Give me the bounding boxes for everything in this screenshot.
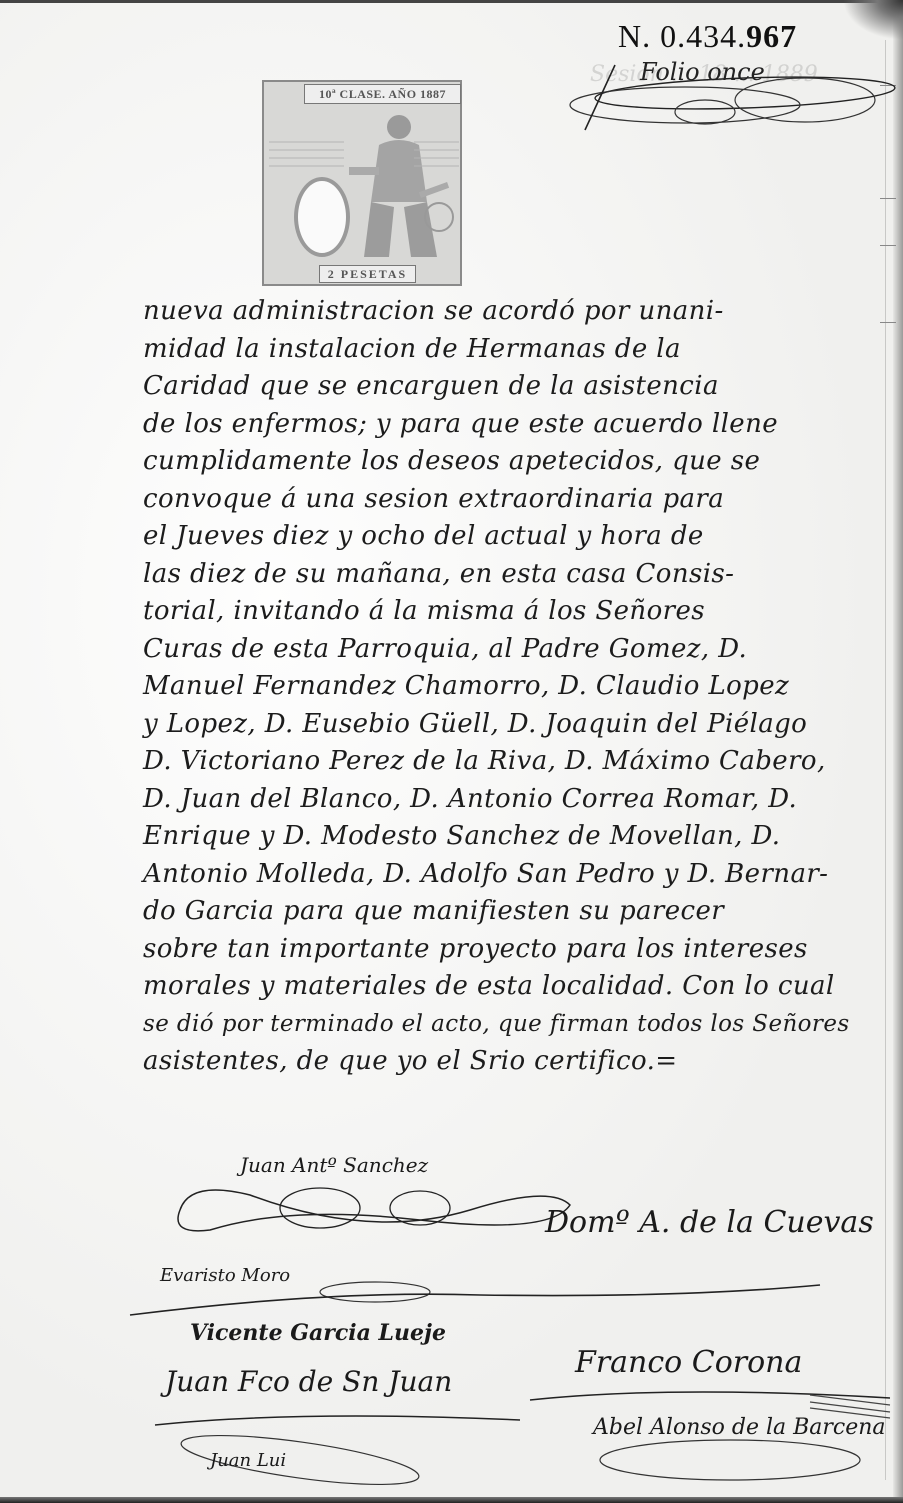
stamp-value-label: 2 PESETAS — [319, 265, 416, 283]
page-bottom-edge — [0, 1497, 903, 1503]
body-line: el Jueves diez y ocho del actual y hora … — [143, 518, 878, 556]
revenue-stamp: 10ª CLASE. AÑO 1887 2 PESETAS — [262, 80, 462, 286]
body-line: D. Victoriano Perez de la Riva, D. Máxim… — [143, 743, 878, 781]
body-line: se dió por terminado el acto, que firman… — [143, 1006, 878, 1044]
body-line: nueva administracion se acordó por unani… — [143, 293, 878, 331]
body-line: morales y materiales de esta localidad. … — [143, 968, 878, 1006]
page-top-edge — [0, 0, 903, 3]
document-page: Sesión ... 18 ... 1889 N. 0.434.967 Foli… — [0, 0, 903, 1503]
body-line: Manuel Fernandez Chamorro, D. Claudio Lo… — [143, 668, 878, 706]
serial-number: N. 0.434.967 — [618, 18, 797, 55]
margin-mark — [880, 245, 896, 246]
signature-domingo-cuevas: Domº A. de la Cuevas — [545, 1205, 874, 1240]
body-line: convoque á una sesion extraordinaria par… — [143, 481, 878, 519]
body-line: y Lopez, D. Eusebio Güell, D. Joaquin de… — [143, 706, 878, 744]
signature-flourish-icon — [150, 1400, 530, 1490]
serial-prefix: N. 0.434. — [618, 18, 746, 54]
body-line: Antonio Molleda, D. Adolfo San Pedro y D… — [143, 856, 878, 894]
page-fold-line — [885, 40, 886, 1480]
signature-franco-corona: Franco Corona — [575, 1345, 802, 1380]
body-line: torial, invitando á la misma á los Señor… — [143, 593, 878, 631]
page-right-edge — [893, 0, 903, 1503]
signature-juan-fco: Juan Fco de Sn Juan — [165, 1365, 452, 1398]
serial-suffix: 967 — [746, 18, 797, 54]
body-line: do Garcia para que manifiesten su parece… — [143, 893, 878, 931]
handwritten-body: nueva administracion se acordó por unani… — [143, 293, 878, 1081]
stamp-engraving-lines-icon — [264, 102, 460, 262]
body-line: Caridad que se encarguen de la asistenci… — [143, 368, 878, 406]
page-corner-shadow — [843, 0, 903, 40]
signature-juan-lui: Juan Lui — [210, 1450, 286, 1471]
body-line: sobre tan importante proyecto para los i… — [143, 931, 878, 969]
body-line: de los enfermos; y para que este acuerdo… — [143, 406, 878, 444]
body-line: midad la instalacion de Hermanas de la — [143, 331, 878, 369]
margin-mark — [880, 198, 896, 199]
body-line: asistentes, de que yo el Srio certifico.… — [143, 1043, 878, 1081]
signature-juan-sanchez: Juan Antº Sanchez — [240, 1153, 428, 1177]
body-line: las diez de su mañana, en esta casa Cons… — [143, 556, 878, 594]
margin-mark — [880, 322, 896, 323]
body-line: cumplidamente los deseos apetecidos, que… — [143, 443, 878, 481]
body-line: Curas de esta Parroquia, al Padre Gomez,… — [143, 631, 878, 669]
body-line: Enrique y D. Modesto Sanchez de Movellan… — [143, 818, 878, 856]
signature-abel-alonso: Abel Alonso de la Barcena — [593, 1415, 886, 1440]
signature-flourish-icon — [170, 1180, 590, 1240]
signature-vicente-garcia: Vicente Garcia Lueje — [190, 1320, 446, 1346]
stamp-class-label: 10ª CLASE. AÑO 1887 — [304, 84, 461, 104]
signature-flourish-icon — [520, 1390, 900, 1490]
signature-flourish-icon — [130, 1280, 850, 1320]
body-line: D. Juan del Blanco, D. Antonio Correa Ro… — [143, 781, 878, 819]
folio-flourish-icon — [555, 60, 885, 135]
